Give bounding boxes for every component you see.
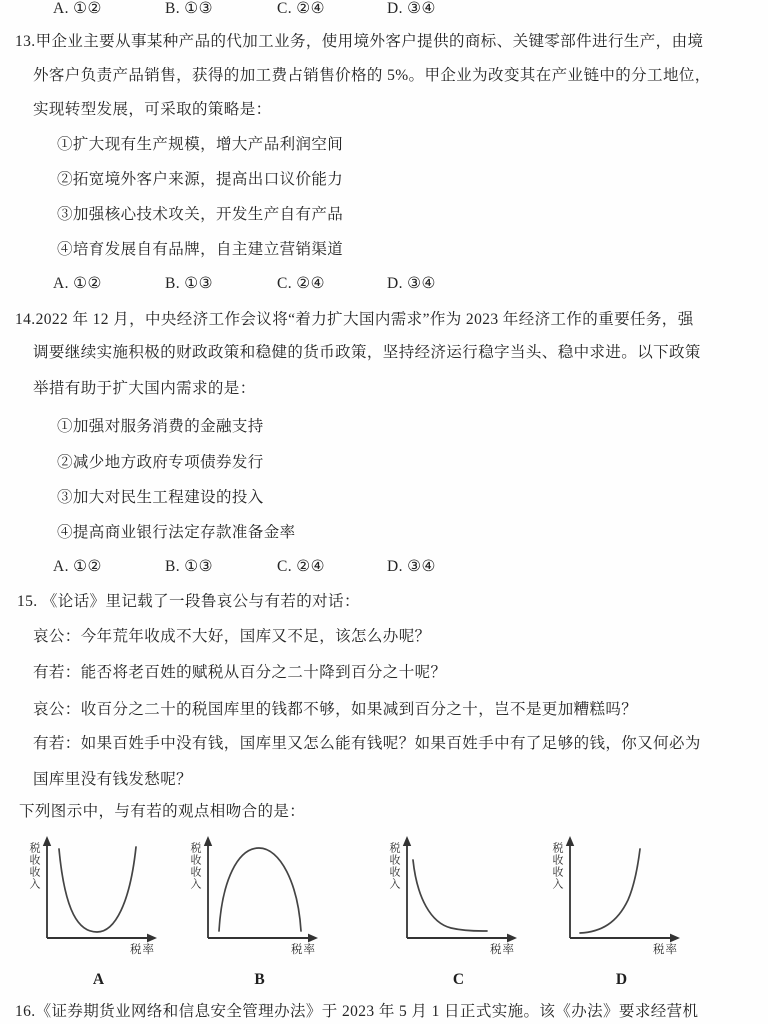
chart-b-y-label: 税收收入 bbox=[188, 842, 201, 890]
chart-c-letter: C bbox=[407, 971, 510, 989]
chart-a-plot bbox=[26, 835, 166, 955]
chart-b-plot bbox=[187, 835, 327, 955]
chart-d-plot bbox=[549, 835, 689, 955]
q13-item-3: ③加强核心技术攻关，开发生产自有产品 bbox=[57, 204, 343, 226]
chart-a: 税收收入 税率 A bbox=[26, 835, 166, 993]
q13-item-4: ④培育发展自有品牌，自主建立营销渠道 bbox=[57, 239, 343, 261]
q14-item-3: ③加大对民生工程建设的投入 bbox=[57, 487, 264, 509]
option-b: B. ①③ bbox=[165, 273, 213, 295]
chart-c-x-label: 税率 bbox=[490, 941, 515, 957]
q14-stem-line-1: 14.2022 年 12 月，中央经济工作会议将“着力扩大国内需求”作为 202… bbox=[15, 309, 694, 331]
q13-item-2: ②拓宽境外客户来源，提高出口议价能力 bbox=[57, 169, 343, 191]
chart-d-x-label: 税率 bbox=[653, 941, 678, 957]
option-c: C. ②④ bbox=[277, 556, 325, 578]
chart-d-letter: D bbox=[570, 971, 673, 989]
q14-item-2: ②减少地方政府专项债券发行 bbox=[57, 452, 264, 474]
q14-stem-line-2: 调要继续实施积极的财政政策和稳健的货币政策，坚持经济运行稳字当头、稳中求进。以下… bbox=[33, 342, 701, 364]
chart-c-y-arrow-icon bbox=[403, 836, 411, 846]
chart-c-curve-decreasing bbox=[413, 860, 487, 931]
option-a: A. ①② bbox=[53, 0, 102, 20]
chart-a-letter: A bbox=[47, 971, 150, 989]
chart-c-plot bbox=[386, 835, 526, 955]
chart-b-y-arrow-icon bbox=[204, 836, 212, 846]
q13-options-row: A. ①② B. ①③ C. ②④ D. ③④ bbox=[0, 273, 768, 295]
exam-page: A. ①② B. ①③ C. ②④ D. ③④ 13.甲企业主要从事某种产品的代… bbox=[0, 0, 768, 1024]
chart-b-x-label: 税率 bbox=[291, 941, 316, 957]
q14-item-4: ④提高商业银行法定存款准备金率 bbox=[57, 522, 296, 544]
chart-a-curve-u-shape bbox=[59, 847, 136, 932]
chart-d: 税收收入 税率 D bbox=[549, 835, 689, 993]
chart-a-x-label: 税率 bbox=[130, 941, 155, 957]
q14-options-row: A. ①② B. ①③ C. ②④ D. ③④ bbox=[0, 556, 768, 578]
q16-stem-line-1: 16.《证券期货业网络和信息安全管理办法》于 2023 年 5 月 1 日正式实… bbox=[15, 1001, 698, 1023]
q13-item-1: ①扩大现有生产规模，增大产品利润空间 bbox=[57, 134, 343, 156]
option-c: C. ②④ bbox=[277, 0, 325, 20]
q14-stem-line-3: 举措有助于扩大国内需求的是： bbox=[33, 378, 256, 400]
q14-item-1: ①加强对服务消费的金融支持 bbox=[57, 416, 264, 438]
chart-a-y-arrow-icon bbox=[43, 836, 51, 846]
q13-stem-line-2: 外客户负责产品销售，获得的加工费占销售价格的 5%。甲企业为改变其在产业链中的分… bbox=[33, 65, 711, 87]
option-b: B. ①③ bbox=[165, 556, 213, 578]
option-a: A. ①② bbox=[53, 273, 102, 295]
q15-intro: 15. 《论话》里记载了一段鲁哀公与有若的对话： bbox=[17, 591, 360, 613]
chart-b-curve-inverted-u bbox=[219, 848, 301, 931]
chart-c-y-label: 税收收入 bbox=[387, 842, 400, 890]
q15-prompt: 下列图示中，与有若的观点相吻合的是： bbox=[19, 801, 305, 823]
option-d: D. ③④ bbox=[387, 0, 436, 20]
chart-c: 税收收入 税率 C bbox=[386, 835, 526, 993]
q15-dialogue-line-4: 有若：如果百姓手中没有钱，国库里又怎么能有钱呢？如果百姓手中有了足够的钱，你又何… bbox=[33, 733, 701, 755]
chart-d-curve-increasing bbox=[580, 849, 640, 933]
q13-stem-line-1: 13.甲企业主要从事某种产品的代加工业务，使用境外客户提供的商标、关键零部件进行… bbox=[15, 31, 703, 53]
q15-dialogue-line-2: 有若：能否将老百姓的赋税从百分之二十降到百分之十呢？ bbox=[33, 662, 446, 684]
prev-question-options-row: A. ①② B. ①③ C. ②④ D. ③④ bbox=[0, 0, 768, 20]
option-c: C. ②④ bbox=[277, 273, 325, 295]
chart-a-y-label: 税收收入 bbox=[27, 842, 40, 890]
chart-b: 税收收入 税率 B bbox=[187, 835, 327, 993]
q15-dialogue-line-3: 哀公：收百分之二十的税国库里的钱都不够，如果减到百分之十，岂不是更加糟糕吗？ bbox=[33, 699, 637, 721]
option-d: D. ③④ bbox=[387, 273, 436, 295]
option-d: D. ③④ bbox=[387, 556, 436, 578]
option-a: A. ①② bbox=[53, 556, 102, 578]
q15-dialogue-line-5: 国库里没有钱发愁呢？ bbox=[33, 769, 192, 791]
chart-b-letter: B bbox=[208, 971, 311, 989]
chart-d-y-label: 税收收入 bbox=[550, 842, 563, 890]
q13-stem-line-3: 实现转型发展，可采取的策略是： bbox=[33, 99, 272, 121]
option-b: B. ①③ bbox=[165, 0, 213, 20]
chart-d-y-arrow-icon bbox=[566, 836, 574, 846]
q15-chart-row: 税收收入 税率 A 税收收入 税率 B 税收收入 bbox=[0, 835, 768, 1000]
q15-dialogue-line-1: 哀公：今年荒年收成不大好，国库又不足，该怎么办呢？ bbox=[33, 626, 431, 648]
